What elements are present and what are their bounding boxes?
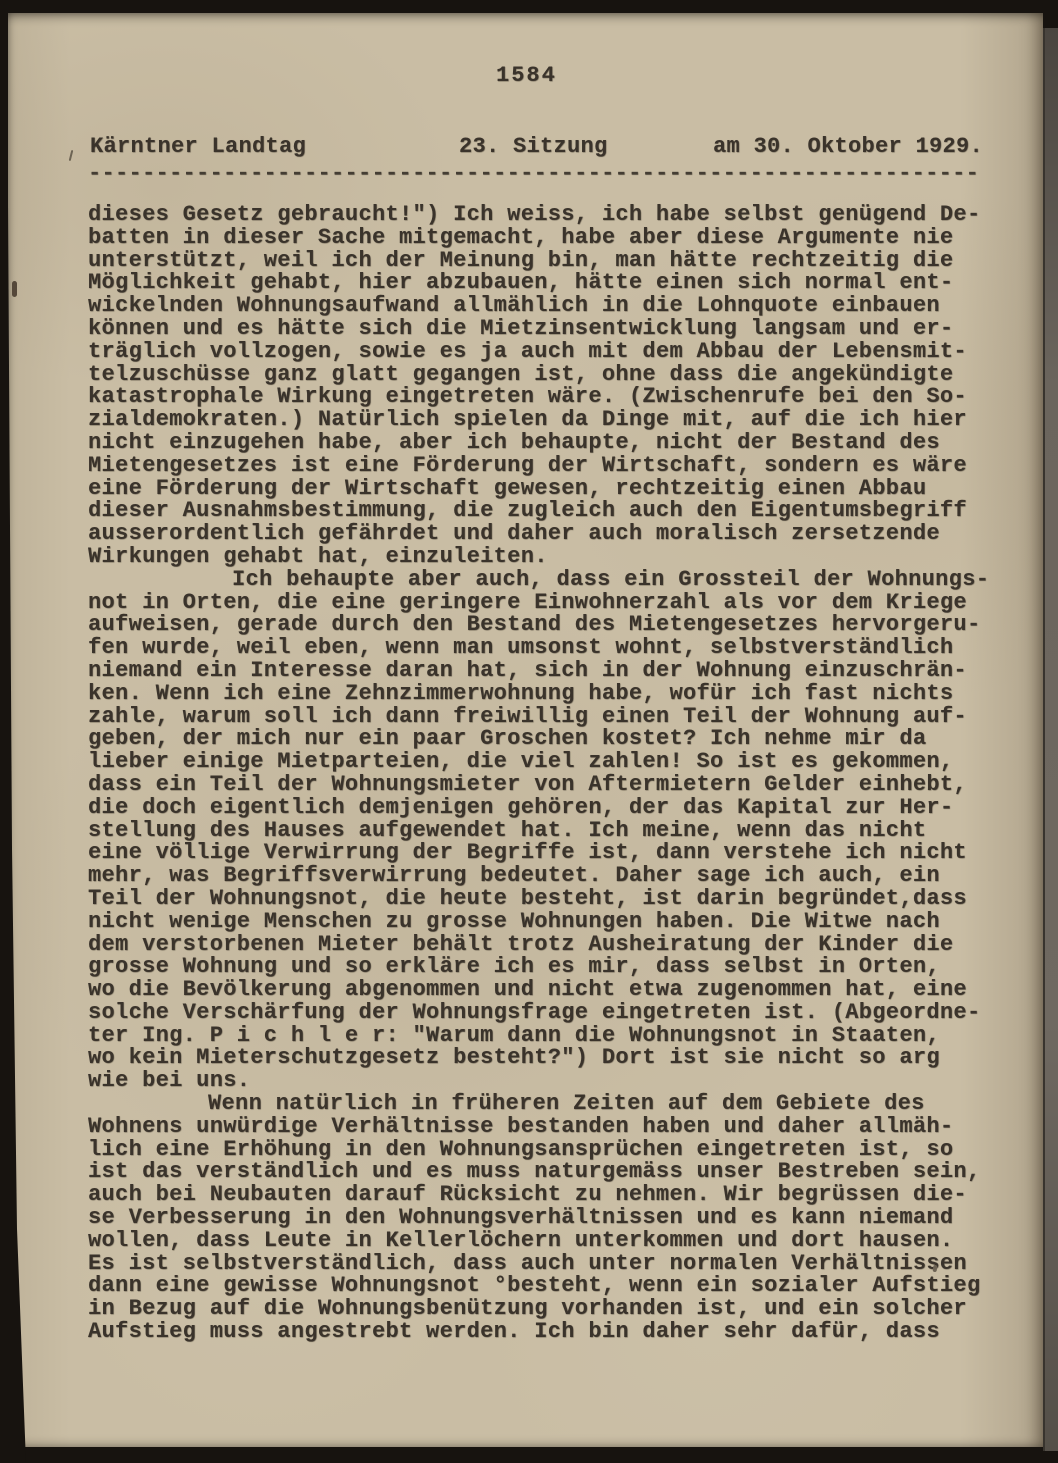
text-line: Aufstieg muss angestrebt werden. Ich bin…: [88, 1321, 993, 1344]
page-number: 1584: [496, 63, 557, 88]
paragraph: Wenn natürlich in früheren Zeiten auf de…: [88, 1093, 993, 1344]
text-line: solche Verschärfung der Wohnungsfrage ei…: [88, 1002, 993, 1025]
text-line: dieses Gesetz gebraucht!") Ich weiss, ic…: [88, 204, 993, 227]
session-header: Kärntner Landtag 23. Sitzung am 30. Okto…: [88, 134, 988, 198]
text-line: katastrophale Wirkung eingetreten wäre. …: [88, 386, 993, 409]
paragraph: dieses Gesetz gebraucht!") Ich weiss, ic…: [88, 204, 993, 569]
text-line: wo kein Mieterschutzgesetz besteht?") Do…: [88, 1047, 993, 1070]
text-line: nicht wenige Menschen zu grosse Wohnunge…: [88, 911, 993, 934]
text-line: geben, der mich nur ein paar Groschen ko…: [88, 728, 993, 751]
header-date: am 30. Oktober 1929.: [713, 134, 983, 159]
text-line: die doch eigentlich demjenigen gehören, …: [88, 797, 993, 820]
text-line: ausserordentlich gefährdet und daher auc…: [88, 523, 993, 546]
text-line: wollen, dass Leute in Kellerlöchern unte…: [88, 1230, 993, 1253]
text-line: können und es hätte sich die Mietzinsent…: [88, 318, 993, 341]
text-line: auch bei Neubauten darauf Rücksicht zu n…: [88, 1184, 993, 1207]
scanner-background: { "page_number": "1584", "header": { "in…: [0, 0, 1058, 1463]
text-line: zahle, warum soll ich dann freiwillig ei…: [88, 706, 993, 729]
scan-artifact: [69, 150, 74, 161]
document-page: 1584 Kärntner Landtag 23. Sitzung am 30.…: [8, 13, 1043, 1447]
header-session-number: 23. Sitzung: [459, 134, 608, 159]
text-line: Möglichkeit gehabt, hier abzubauen, hätt…: [88, 272, 993, 295]
text-line: ter Ing. P i c h l e r: "Warum dann die …: [88, 1025, 993, 1048]
text-line: dann eine gewisse Wohnungsnot °besteht, …: [88, 1275, 993, 1298]
text-line: Es ist selbstverständlich, dass auch unt…: [88, 1253, 993, 1276]
text-line: mehr, was Begriffsverwirrung bedeutet. D…: [88, 865, 993, 888]
text-line: Ich behaupte aber auch, dass ein Grosste…: [88, 569, 993, 592]
text-line: Wohnens unwürdige Verhältnisse bestanden…: [88, 1116, 993, 1139]
text-line: Wenn natürlich in früheren Zeiten auf de…: [88, 1093, 993, 1116]
scan-edge-strip: [1043, 28, 1058, 1451]
scan-artifact: [12, 281, 17, 297]
text-line: dass ein Teil der Wohnungsmieter von Aft…: [88, 774, 993, 797]
text-line: niemand ein Interesse daran hat, sich in…: [88, 660, 993, 683]
text-line: eine völlige Verwirrung der Begriffe ist…: [88, 842, 993, 865]
text-line: eine Förderung der Wirtschaft gewesen, r…: [88, 478, 993, 501]
text-line: dieser Ausnahmsbestimmung, die zugleich …: [88, 500, 993, 523]
text-line: Mietengesetzes ist eine Förderung der Wi…: [88, 455, 993, 478]
text-line: zialdemokraten.) Natürlich spielen da Di…: [88, 409, 993, 432]
text-line: grosse Wohnung und so erkläre ich es mir…: [88, 956, 993, 979]
header-institution: Kärntner Landtag: [90, 134, 306, 159]
text-line: Wirkungen gehabt hat, einzuleiten.: [88, 546, 993, 569]
text-line: fen wurde, weil eben, wenn man umsonst w…: [88, 637, 993, 660]
text-line: wo die Bevölkerung abgenommen und nicht …: [88, 979, 993, 1002]
text-line: ist das verständlich und es muss naturge…: [88, 1161, 993, 1184]
text-line: ken. Wenn ich eine Zehnzimmerwohnung hab…: [88, 683, 993, 706]
text-line: not in Orten, die eine geringere Einwohn…: [88, 592, 993, 615]
paragraph: Ich behaupte aber auch, dass ein Grosste…: [88, 569, 993, 1093]
text-line: wie bei uns.: [88, 1070, 993, 1093]
text-line: lich eine Erhöhung in den Wohnungsansprü…: [88, 1139, 993, 1162]
text-line: in Bezug auf die Wohnungsbenützung vorha…: [88, 1298, 993, 1321]
text-line: wickelnden Wohnungsaufwand allmählich in…: [88, 295, 993, 318]
text-line: aufweisen, gerade durch den Bestand des …: [88, 614, 993, 637]
text-line: nicht einzugehen habe, aber ich behaupte…: [88, 432, 993, 455]
text-line: batten in dieser Sache mitgemacht, habe …: [88, 227, 993, 250]
header-divider-line: ----------------------------------------…: [88, 161, 979, 186]
text-line: telzuschüsse ganz glatt gegangen ist, oh…: [88, 364, 993, 387]
text-line: träglich vollzogen, sowie es ja auch mit…: [88, 341, 993, 364]
text-line: dem verstorbenen Mieter behält trotz Aus…: [88, 934, 993, 957]
text-line: unterstützt, weil ich der Meinung bin, m…: [88, 250, 993, 273]
text-line: stellung des Hauses aufgewendet hat. Ich…: [88, 820, 993, 843]
text-line: se Verbesserung in den Wohnungsverhältni…: [88, 1207, 993, 1230]
root: html, body { margin: 0; padding: 0; widt…: [0, 0, 1058, 1463]
text-line: lieber einige Mietparteien, die viel zah…: [88, 751, 993, 774]
body-text: dieses Gesetz gebraucht!") Ich weiss, ic…: [88, 204, 993, 1344]
text-line: Teil der Wohnungsnot, die heute besteht,…: [88, 888, 993, 911]
